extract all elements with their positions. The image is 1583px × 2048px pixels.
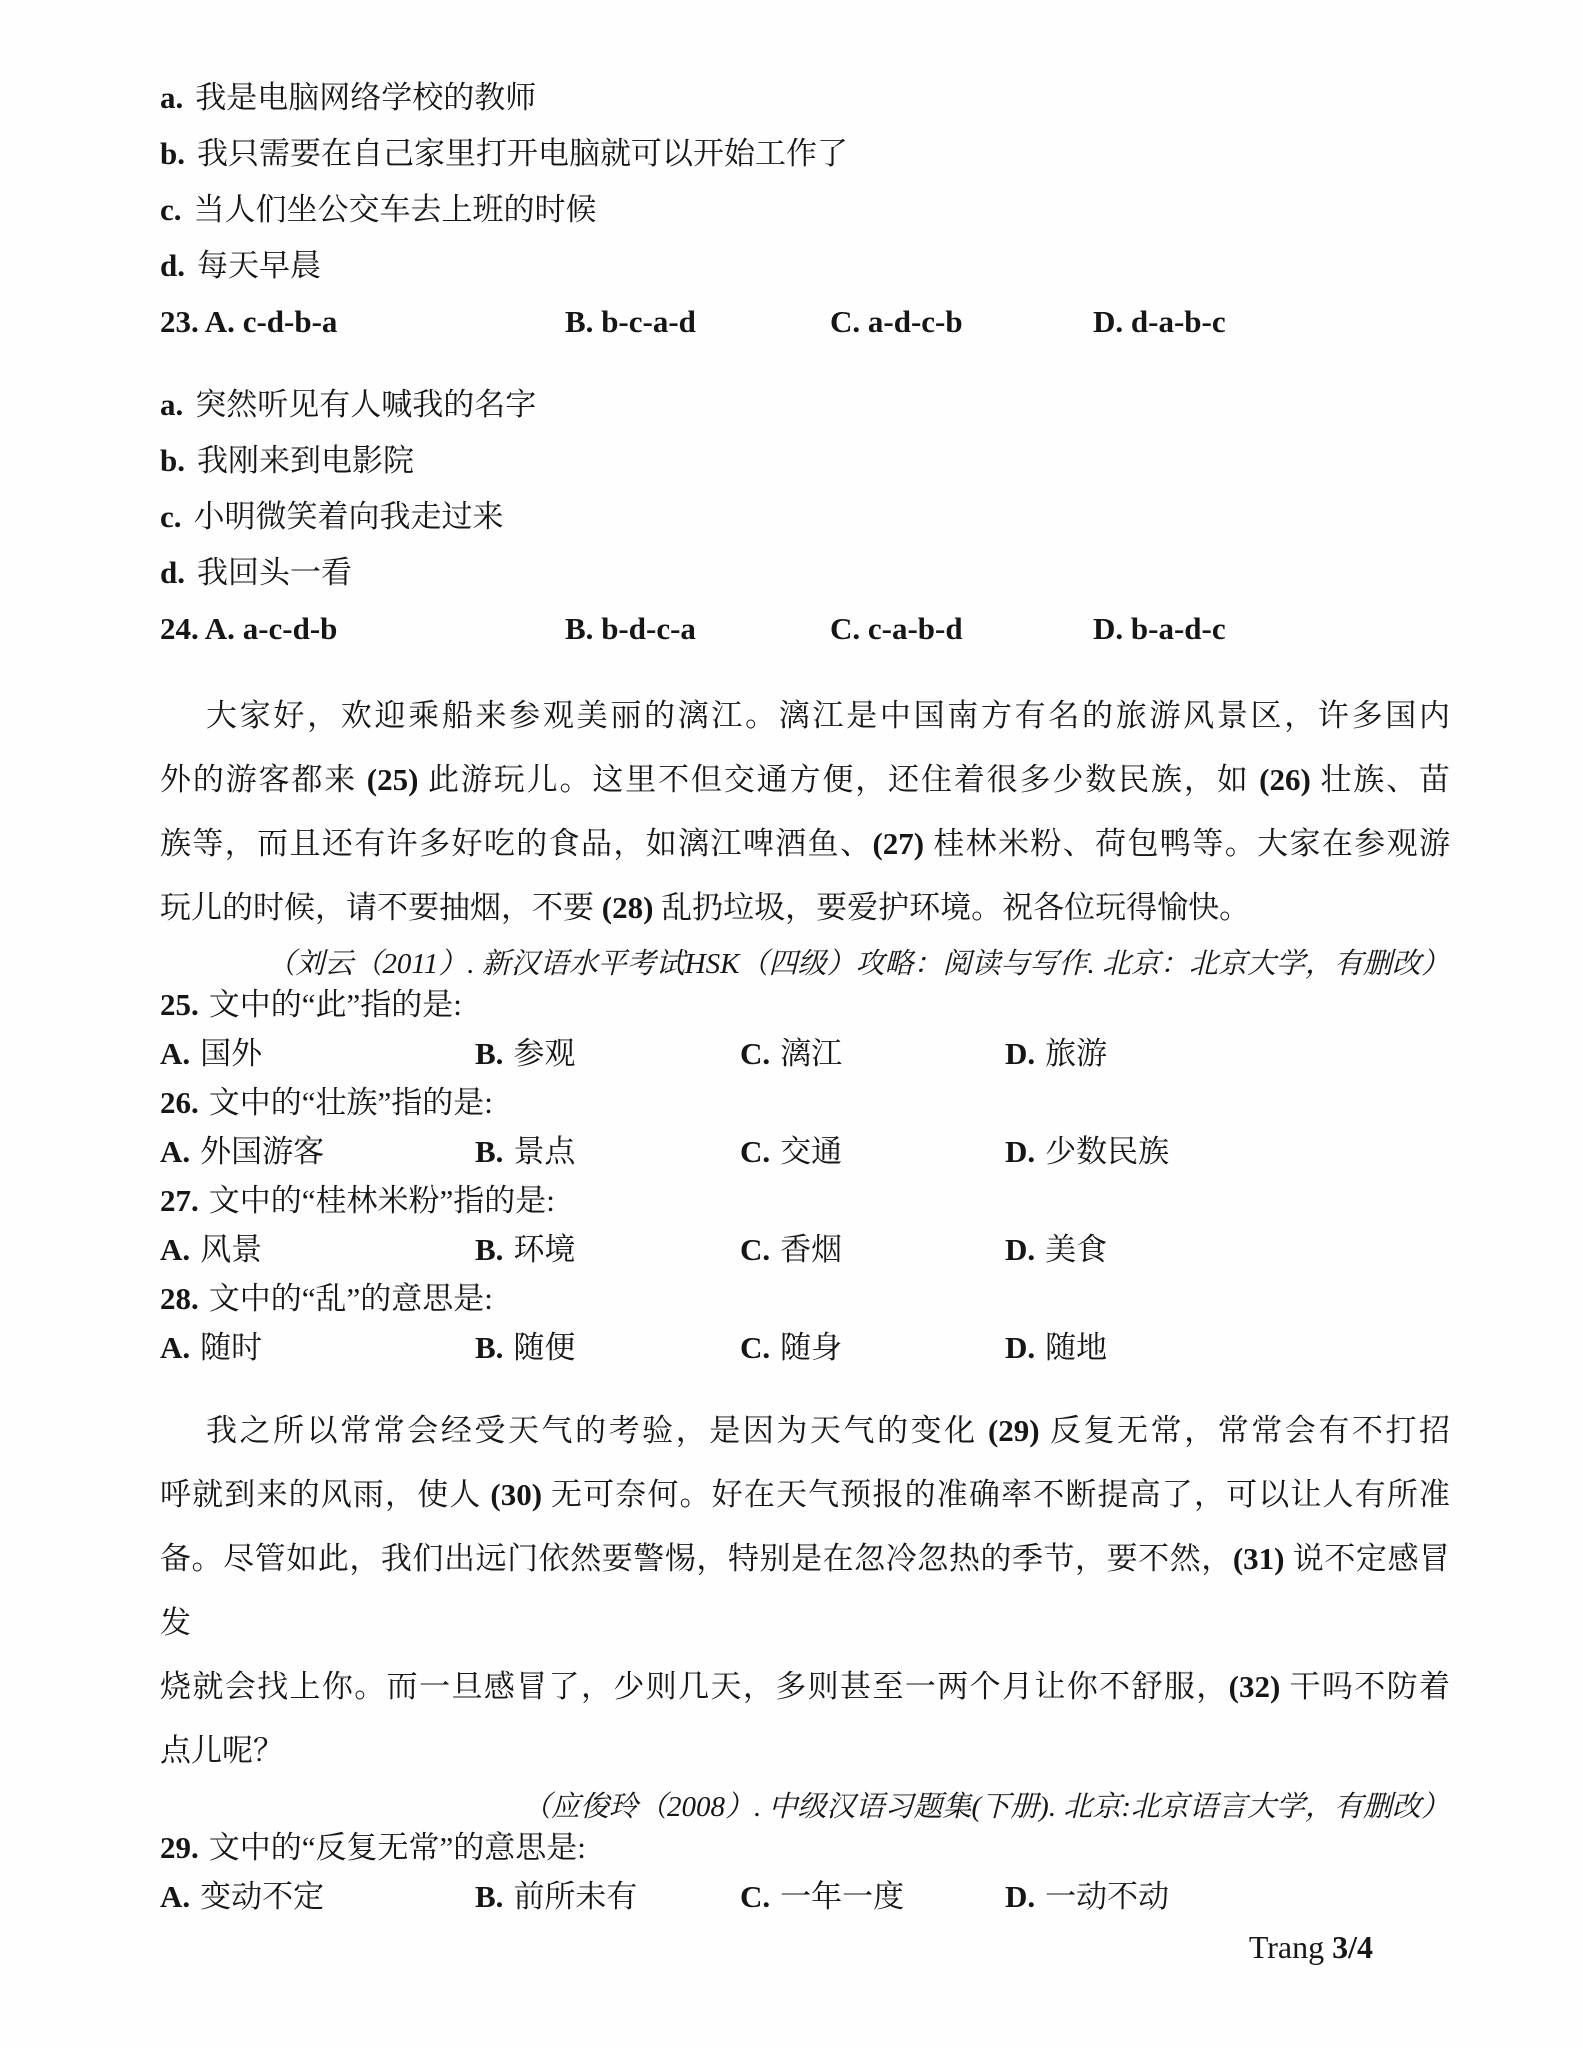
option-label: A.: [205, 611, 235, 646]
option-label: B.: [475, 1330, 503, 1365]
option-c: C.一年一度: [740, 1880, 1005, 1914]
option-label: D.: [1005, 1232, 1035, 1267]
option-text: b-d-c-a: [601, 611, 696, 646]
item-label: b.: [160, 136, 185, 171]
passage-line: 备。尽管如此，我们出远门依然要警惕，特别是在忽冷忽热的季节，要不然，(31) 说…: [160, 1527, 1450, 1655]
option-text: b-c-a-d: [601, 304, 696, 339]
option-label: D.: [1005, 1879, 1035, 1914]
options-row: A.风景B.环境C.香烟D.美食: [160, 1233, 1450, 1267]
reading-passage-lijiang: 大家好，欢迎乘船来参观美丽的漓江。漓江是中国南方有名的旅游风景区，许多国内 外的…: [160, 684, 1450, 940]
passage-line: 外的游客都来 (25) 此游玩儿。这里不但交通方便，还住着很多少数民族，如 (2…: [160, 748, 1450, 812]
question-23-row: 23. A. c-d-b-aB. b-c-a-dC. a-d-c-bD. d-a…: [160, 304, 1450, 339]
option-text: 景点: [513, 1134, 575, 1169]
option-text: a-c-d-b: [243, 611, 338, 646]
option-label: A.: [160, 1330, 190, 1365]
citation: （刘云（2011）. 新汉语水平考试HSK（四级）攻略：阅读与写作. 北京：北京…: [160, 940, 1450, 988]
option-text: 一动不动: [1045, 1879, 1169, 1914]
item-text: 我是电脑网络学校的教师: [195, 80, 536, 115]
option-d: D. d-a-b-c: [1093, 304, 1226, 339]
option-label: C.: [830, 611, 860, 646]
option-c: C.随身: [740, 1331, 1005, 1365]
option-a: 23. A. c-d-b-a: [160, 304, 565, 339]
option-a: A.外国游客: [160, 1135, 475, 1169]
option-label: A.: [205, 304, 235, 339]
option-text: 漓江: [780, 1036, 842, 1071]
question-number: 24.: [160, 611, 199, 646]
stem-text: 文中的“乱”的意思是:: [209, 1281, 493, 1316]
list-item: b.我只需要在自己家里打开电脑就可以开始工作了: [160, 136, 1450, 171]
option-c: C.香烟: [740, 1233, 1005, 1267]
question-stem: 29.文中的“反复无常”的意思是:: [160, 1831, 1450, 1865]
option-label: A.: [160, 1879, 190, 1914]
question-stem: 27.文中的“桂林米粉”指的是:: [160, 1184, 1450, 1218]
option-text: 随时: [200, 1330, 262, 1365]
passage-line: 大家好，欢迎乘船来参观美丽的漓江。漓江是中国南方有名的旅游风景区，许多国内: [160, 684, 1450, 748]
option-b: B. b-c-a-d: [565, 304, 830, 339]
option-b: B.参观: [475, 1037, 740, 1071]
question-number: 27.: [160, 1183, 199, 1218]
option-text: 少数民族: [1045, 1134, 1169, 1169]
item-text: 当人们坐公交车去上班的时候: [194, 192, 597, 227]
option-b: B. b-d-c-a: [565, 611, 830, 646]
stem-text: 文中的“桂林米粉”指的是:: [209, 1183, 555, 1218]
list-item: a.我是电脑网络学校的教师: [160, 80, 1450, 115]
options-row: A.外国游客B.景点C.交通D.少数民族: [160, 1135, 1450, 1169]
passage-line: 玩儿的时候，请不要抽烟，不要 (28) 乱扔垃圾，要爱护环境。祝各位玩得愉快。: [160, 876, 1450, 940]
option-c: C. c-a-b-d: [830, 611, 1093, 646]
option-text: 随地: [1045, 1330, 1107, 1365]
question-25: 25.文中的“此”指的是: A.国外B.参观C.漓江D.旅游: [160, 988, 1450, 1071]
sequence-list-23: a.我是电脑网络学校的教师 b.我只需要在自己家里打开电脑就可以开始工作了 c.…: [160, 80, 1450, 283]
passage-line: 烧就会找上你。而一旦感冒了，少则几天，多则甚至一两个月让你不舒服，(32) 干吗…: [160, 1655, 1450, 1719]
list-item: d.每天早晨: [160, 248, 1450, 283]
option-b: B.环境: [475, 1233, 740, 1267]
question-stem: 28.文中的“乱”的意思是:: [160, 1282, 1450, 1316]
stem-text: 文中的“壮族”指的是:: [209, 1085, 493, 1120]
option-a: A.变动不定: [160, 1880, 475, 1914]
option-text: a-d-c-b: [868, 304, 963, 339]
stem-text: 文中的“反复无常”的意思是:: [209, 1830, 586, 1865]
question-stem: 25.文中的“此”指的是:: [160, 988, 1450, 1022]
stem-text: 文中的“此”指的是:: [209, 987, 462, 1022]
option-d: D.美食: [1005, 1233, 1107, 1267]
option-text: c-a-b-d: [868, 611, 963, 646]
option-text: 香烟: [780, 1232, 842, 1267]
option-c: C.漓江: [740, 1037, 1005, 1071]
option-d: D.旅游: [1005, 1037, 1107, 1071]
list-item: b.我刚来到电影院: [160, 443, 1450, 478]
question-number: 29.: [160, 1830, 199, 1865]
list-item: d.我回头一看: [160, 555, 1450, 590]
item-text: 我回头一看: [197, 555, 352, 590]
option-label: A.: [160, 1232, 190, 1267]
question-27: 27.文中的“桂林米粉”指的是: A.风景B.环境C.香烟D.美食: [160, 1184, 1450, 1267]
passage-line: 点儿呢？: [160, 1719, 1450, 1783]
item-label: c.: [160, 192, 182, 227]
footer-label: Trang: [1249, 1929, 1332, 1965]
option-label: C.: [830, 304, 860, 339]
option-text: 参观: [513, 1036, 575, 1071]
options-row: A.变动不定B.前所未有C.一年一度D.一动不动: [160, 1880, 1450, 1914]
question-number: 23.: [160, 304, 199, 339]
option-d: D.少数民族: [1005, 1135, 1169, 1169]
sequence-list-24: a.突然听见有人喊我的名字 b.我刚来到电影院 c.小明微笑着向我走过来 d.我…: [160, 387, 1450, 590]
option-text: b-a-d-c: [1131, 611, 1226, 646]
option-label: B.: [475, 1036, 503, 1071]
option-label: B.: [475, 1879, 503, 1914]
option-label: D.: [1093, 611, 1123, 646]
option-label: B.: [565, 611, 593, 646]
list-item: c.当人们坐公交车去上班的时候: [160, 192, 1450, 227]
option-a: A.随时: [160, 1331, 475, 1365]
item-text: 小明微笑着向我走过来: [194, 499, 504, 534]
list-item: c.小明微笑着向我走过来: [160, 499, 1450, 534]
option-d: D.随地: [1005, 1331, 1107, 1365]
exam-page: a.我是电脑网络学校的教师 b.我只需要在自己家里打开电脑就可以开始工作了 c.…: [0, 0, 1583, 2048]
option-text: 变动不定: [200, 1879, 324, 1914]
question-number: 28.: [160, 1281, 199, 1316]
option-a: A.国外: [160, 1037, 475, 1071]
option-b: B.前所未有: [475, 1880, 740, 1914]
option-c: C.交通: [740, 1135, 1005, 1169]
option-text: 环境: [513, 1232, 575, 1267]
item-label: a.: [160, 80, 183, 115]
question-29: 29.文中的“反复无常”的意思是: A.变动不定B.前所未有C.一年一度D.一动…: [160, 1831, 1450, 1914]
item-text: 每天早晨: [197, 248, 321, 283]
option-label: C.: [740, 1879, 770, 1914]
options-row: A.国外B.参观C.漓江D.旅游: [160, 1037, 1450, 1071]
option-label: C.: [740, 1134, 770, 1169]
item-text: 我刚来到电影院: [197, 443, 414, 478]
option-text: 国外: [200, 1036, 262, 1071]
item-label: d.: [160, 248, 185, 283]
list-item: a.突然听见有人喊我的名字: [160, 387, 1450, 422]
question-number: 25.: [160, 987, 199, 1022]
question-stem: 26.文中的“壮族”指的是:: [160, 1086, 1450, 1120]
option-b: B.随便: [475, 1331, 740, 1365]
passage-line: 我之所以常常会经受天气的考验，是因为天气的变化 (29) 反复无常，常常会有不打…: [160, 1399, 1450, 1463]
item-text: 突然听见有人喊我的名字: [195, 387, 536, 422]
option-text: d-a-b-c: [1131, 304, 1226, 339]
option-label: D.: [1005, 1134, 1035, 1169]
option-c: C. a-d-c-b: [830, 304, 1093, 339]
option-text: 旅游: [1045, 1036, 1107, 1071]
option-text: 外国游客: [200, 1134, 324, 1169]
question-26: 26.文中的“壮族”指的是: A.外国游客B.景点C.交通D.少数民族: [160, 1086, 1450, 1169]
options-row: A.随时B.随便C.随身D.随地: [160, 1331, 1450, 1365]
item-label: c.: [160, 499, 182, 534]
citation: （应俊玲（2008）. 中级汉语习题集(下册). 北京:北京语言大学，有删改）: [160, 1783, 1450, 1831]
option-text: 风景: [200, 1232, 262, 1267]
option-b: B.景点: [475, 1135, 740, 1169]
item-label: b.: [160, 443, 185, 478]
page-footer: Trang 3/4: [160, 1929, 1450, 1965]
question-number: 26.: [160, 1085, 199, 1120]
option-a: 24. A. a-c-d-b: [160, 611, 565, 646]
option-text: 交通: [780, 1134, 842, 1169]
reading-passage-weather: 我之所以常常会经受天气的考验，是因为天气的变化 (29) 反复无常，常常会有不打…: [160, 1399, 1450, 1783]
item-label: a.: [160, 387, 183, 422]
option-label: C.: [740, 1232, 770, 1267]
option-label: C.: [740, 1330, 770, 1365]
option-a: A.风景: [160, 1233, 475, 1267]
option-label: B.: [475, 1134, 503, 1169]
passage-line: 族等，而且还有许多好吃的食品，如漓江啤酒鱼、(27) 桂林米粉、荷包鸭等。大家在…: [160, 812, 1450, 876]
option-text: 一年一度: [780, 1879, 904, 1914]
question-28: 28.文中的“乱”的意思是: A.随时B.随便C.随身D.随地: [160, 1282, 1450, 1365]
item-label: d.: [160, 555, 185, 590]
option-label: C.: [740, 1036, 770, 1071]
option-text: c-d-b-a: [243, 304, 338, 339]
page-number: 3/4: [1332, 1929, 1373, 1965]
passage-line: 呼就到来的风雨，使人 (30) 无可奈何。好在天气预报的准确率不断提高了，可以让…: [160, 1463, 1450, 1527]
option-label: A.: [160, 1134, 190, 1169]
option-d: D.一动不动: [1005, 1880, 1169, 1914]
option-label: D.: [1005, 1330, 1035, 1365]
option-label: A.: [160, 1036, 190, 1071]
option-text: 前所未有: [513, 1879, 637, 1914]
question-24-row: 24. A. a-c-d-bB. b-d-c-aC. c-a-b-dD. b-a…: [160, 611, 1450, 646]
option-label: B.: [475, 1232, 503, 1267]
option-text: 美食: [1045, 1232, 1107, 1267]
option-text: 随便: [513, 1330, 575, 1365]
option-label: D.: [1005, 1036, 1035, 1071]
item-text: 我只需要在自己家里打开电脑就可以开始工作了: [197, 136, 848, 171]
option-label: B.: [565, 304, 593, 339]
option-d: D. b-a-d-c: [1093, 611, 1226, 646]
option-text: 随身: [780, 1330, 842, 1365]
option-label: D.: [1093, 304, 1123, 339]
